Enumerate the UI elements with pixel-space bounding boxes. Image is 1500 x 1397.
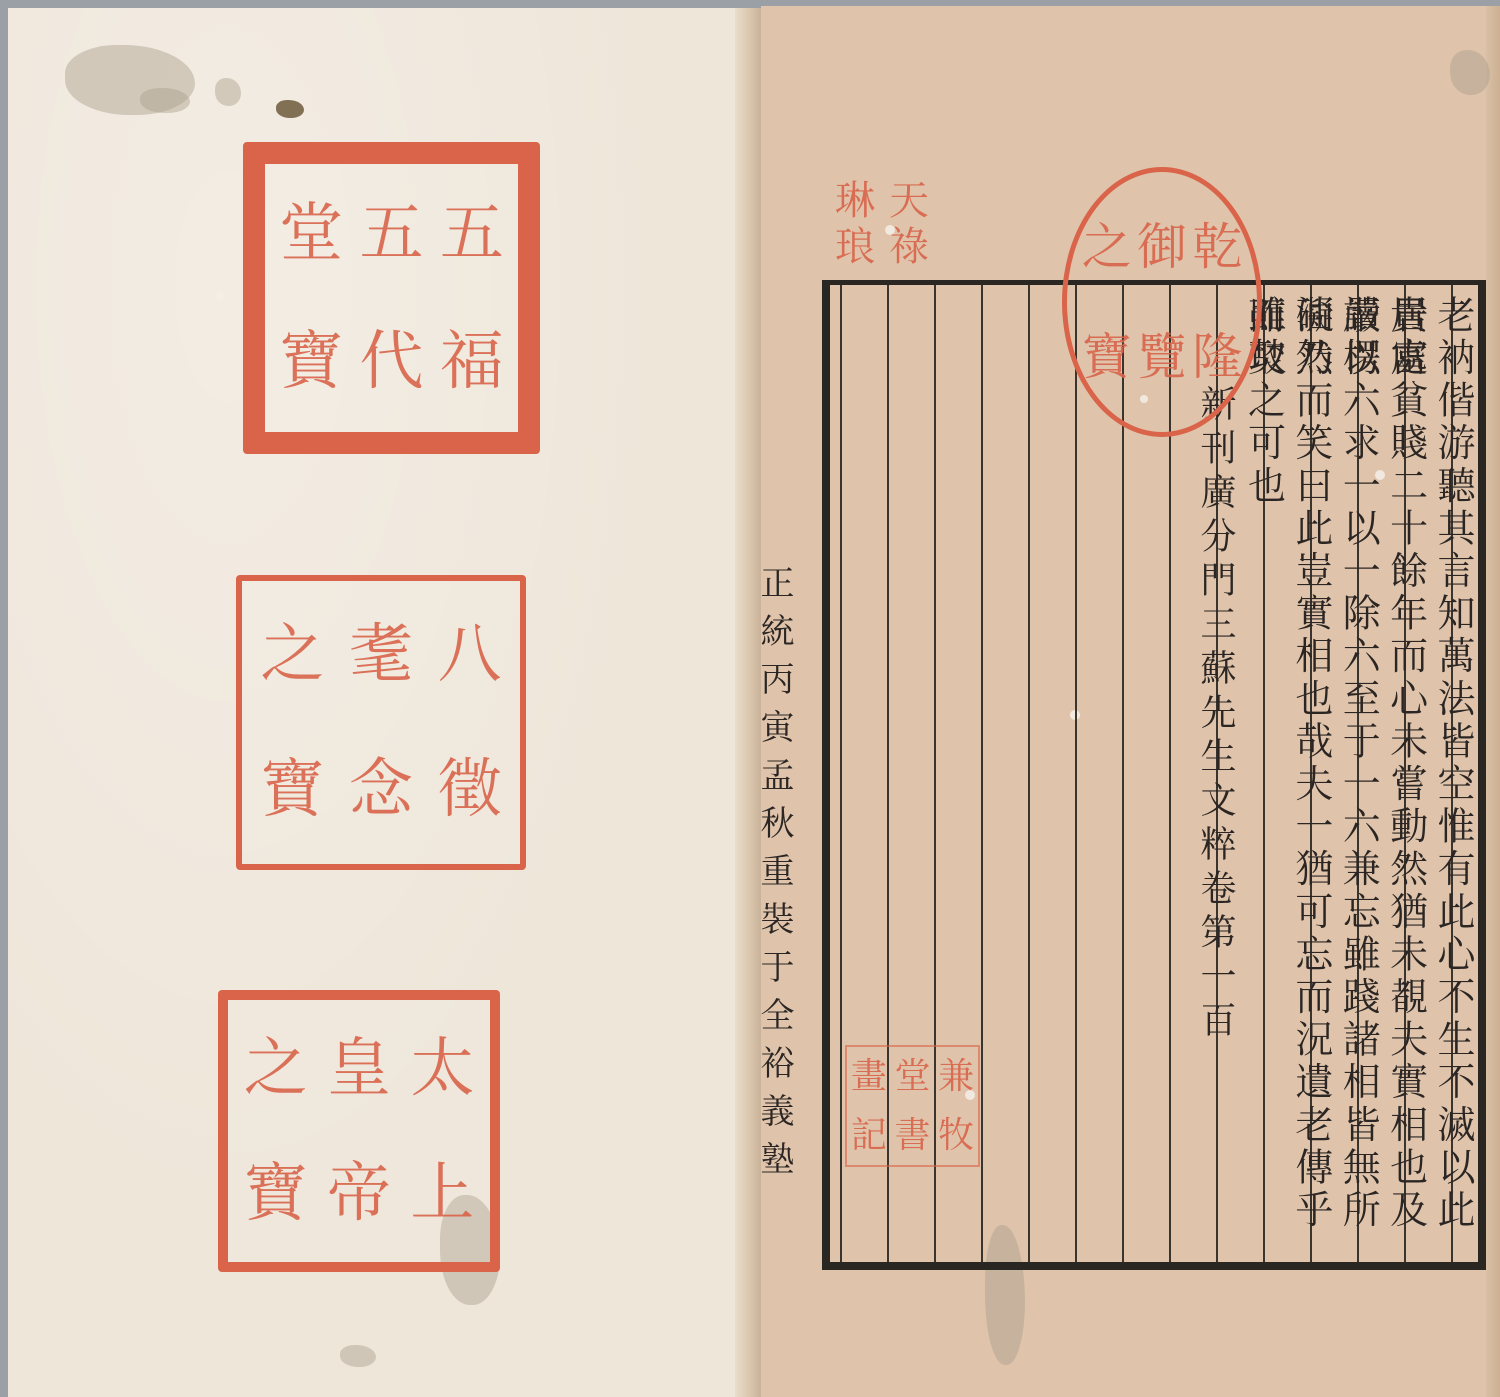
text-column: 貴處貧賤二十餘年而心未嘗動然猶未覩夫實相也及讀楞 — [1381, 285, 1428, 1262]
seal-char: 之 — [1079, 192, 1134, 302]
seal-char: 念 — [337, 723, 426, 859]
water-stain — [340, 1345, 376, 1367]
seal-char: 隆 — [1190, 302, 1245, 412]
seal-char: 五 — [432, 170, 512, 298]
page-edge — [1486, 6, 1500, 1397]
seal-qianlong-yulan: 乾 御 之 隆 覽 寶 — [1062, 167, 1262, 437]
seal-char: 五 — [351, 170, 431, 298]
seal-char: 太 — [401, 1006, 484, 1131]
seal-char: 之 — [248, 587, 337, 723]
text-column: 而焚之可也 — [1239, 285, 1286, 1262]
seal-tianlu-linlang: 天 琳 祿 琅 — [828, 178, 936, 270]
seal-char: 乾 — [1190, 192, 1245, 302]
text-column: 嚴以六求一以一除六至于一六兼忘雖踐諸相皆無所礙乃 — [1334, 285, 1381, 1262]
seal-char: 皇 — [317, 1006, 400, 1131]
seal-char: 寶 — [234, 1131, 317, 1256]
seal-char: 天 — [882, 178, 936, 224]
seal-char: 御 — [1134, 192, 1189, 302]
seal-char: 之 — [234, 1006, 317, 1131]
dark-stain — [276, 100, 304, 118]
text-column: 油然而笑曰此豈實相也哉夫一猶可忘而況遺老傳乎雖取 — [1286, 285, 1333, 1262]
seal-taishang-huangdi: 太 皇 之 上 帝 寶 — [218, 990, 500, 1272]
seal-char: 堂 — [891, 1047, 935, 1106]
seal-char: 八 — [425, 587, 514, 723]
seal-char: 畫 — [847, 1047, 891, 1106]
seal-char: 福 — [432, 298, 512, 426]
water-stain — [215, 78, 241, 106]
text-column: 老衲偕游聽其言知萬法皆空惟有此心不生不滅以此居富 — [1429, 285, 1476, 1262]
seal-char: 上 — [401, 1131, 484, 1256]
seal-char: 書 — [891, 1106, 935, 1165]
seal-char: 琅 — [828, 224, 882, 270]
colophon: 正統丙寅孟秋重裝于全裕義塾 — [750, 565, 799, 1189]
seal-char: 寶 — [271, 298, 351, 426]
water-stain — [140, 88, 190, 113]
seal-char: 寶 — [248, 723, 337, 859]
seal-char: 牧 — [934, 1106, 978, 1165]
seal-char: 記 — [847, 1106, 891, 1165]
seal-bazheng-maonian: 八 耄 之 徵 念 寶 — [236, 575, 526, 870]
seal-char: 帝 — [317, 1131, 400, 1256]
volume-title: 新刊廣分門三蘇先生文粹卷第一百 — [1192, 285, 1239, 1262]
seal-char: 耄 — [337, 587, 426, 723]
seal-char: 堂 — [271, 170, 351, 298]
hole — [215, 292, 223, 300]
seal-jianmutang: 兼 堂 畫 牧 書 記 — [845, 1045, 980, 1167]
seal-wufu-wudaitang: 五 五 堂 福 代 寶 — [243, 142, 540, 454]
seal-char: 覽 — [1134, 302, 1189, 412]
seal-char: 琳 — [828, 178, 882, 224]
seal-char: 兼 — [934, 1047, 978, 1106]
seal-char: 徵 — [425, 723, 514, 859]
seal-char: 代 — [351, 298, 431, 426]
seal-char: 祿 — [882, 224, 936, 270]
seal-char: 寶 — [1079, 302, 1134, 412]
